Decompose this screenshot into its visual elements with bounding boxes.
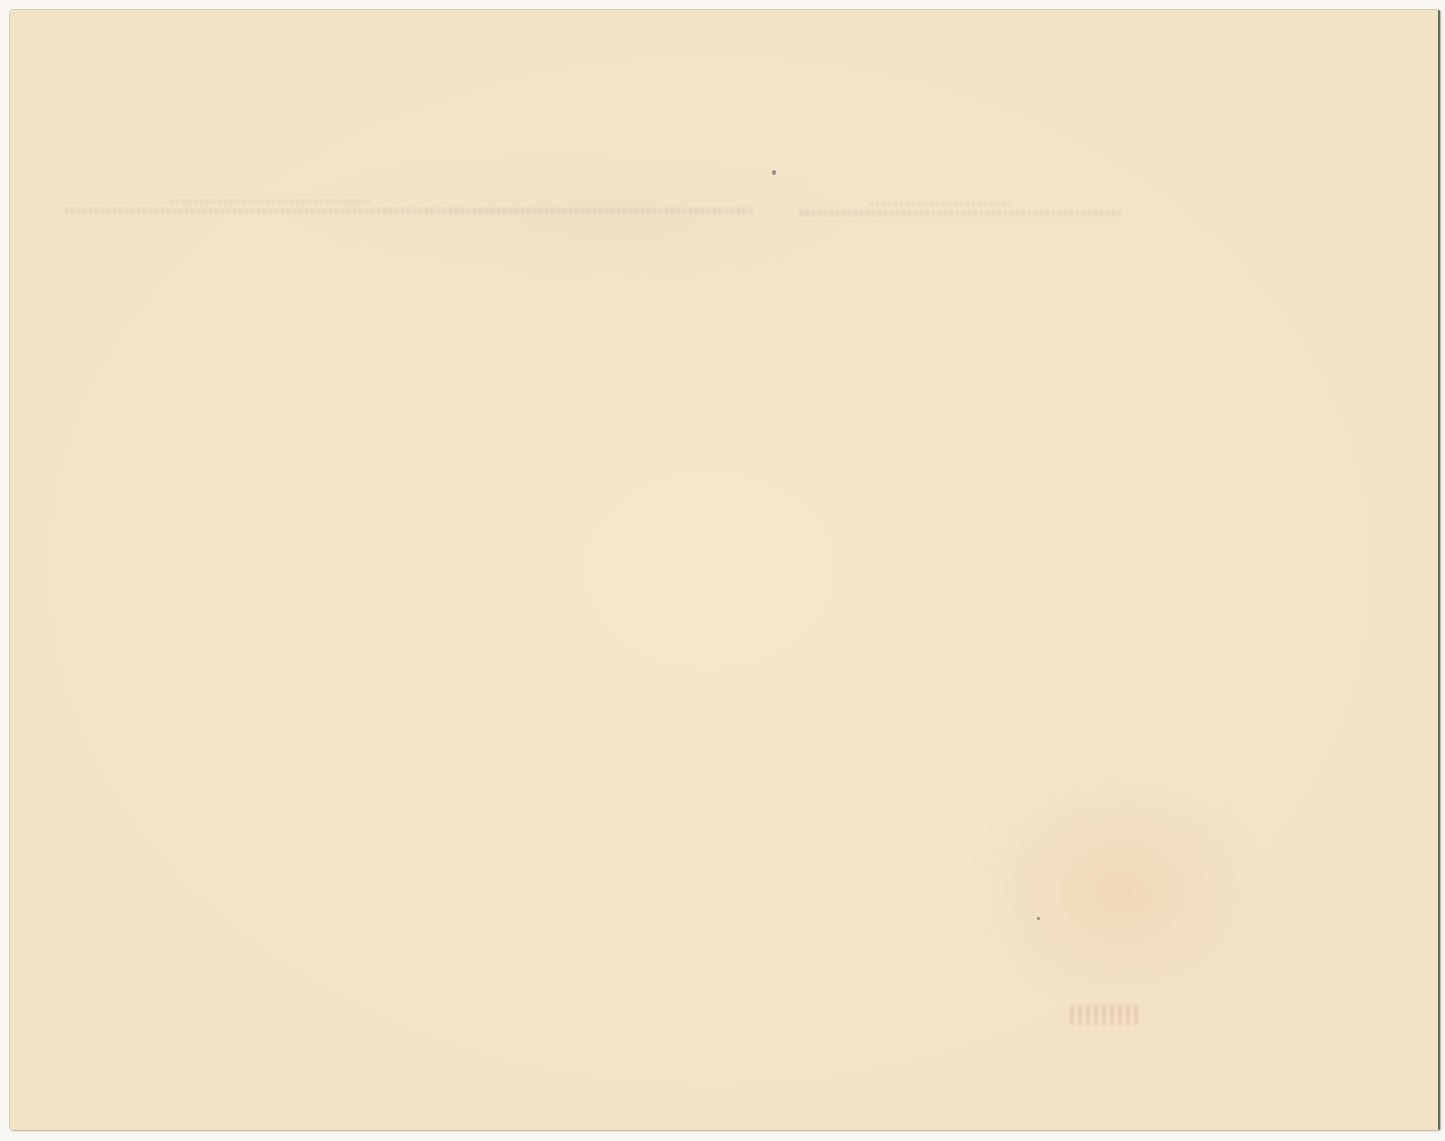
- scan-background: [0, 0, 1445, 1141]
- bleed-through-text-left-upper: [170, 200, 370, 204]
- bleed-through-text-left: [65, 208, 755, 214]
- paper-sheet: [10, 10, 1440, 1130]
- paper-speck: [772, 170, 776, 175]
- bleed-through-text-right: [800, 210, 1120, 216]
- faint-stamp-trace: [1070, 1005, 1140, 1025]
- bleed-through-text-right-upper: [870, 202, 1010, 206]
- paper-speck: [1037, 917, 1040, 920]
